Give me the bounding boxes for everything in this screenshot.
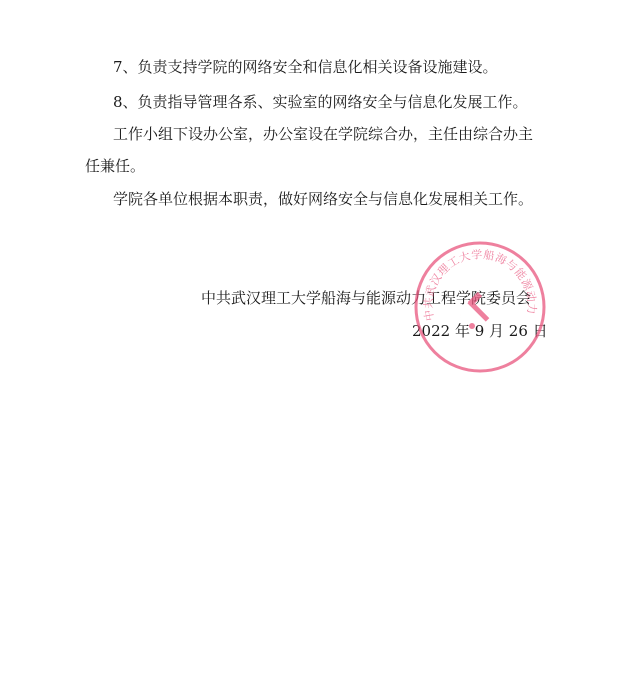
paragraph-item-7: 7、负责支持学院的网络安全和信息化相关设备设施建设。 — [113, 57, 498, 77]
paragraph-closing: 学院各单位根据本职责，做好网络安全与信息化发展相关工作。 — [113, 189, 533, 209]
paragraph-office-setup: 工作小组下设办公室，办公室设在学院综合办，主任由综合办主 — [113, 124, 533, 144]
seal-ring-text: 中共武汉理工大学船海与能源动力工程学院委员会 — [412, 240, 539, 322]
document-page: 7、负责支持学院的网络安全和信息化相关设备设施建设。 8、负责指导管理各系、实验… — [0, 0, 628, 679]
signature-date: 2022 年 9 月 26 日 — [412, 321, 548, 341]
svg-text:中共武汉理工大学船海与能源动力工程学院委员会: 中共武汉理工大学船海与能源动力工程学院委员会 — [412, 240, 539, 322]
paragraph-office-setup-continuation: 任兼任。 — [85, 156, 145, 176]
signature-organization: 中共武汉理工大学船海与能源动力工程学院委员会 — [201, 288, 531, 308]
paragraph-item-8: 8、负责指导管理各系、实验室的网络安全与信息化发展工作。 — [113, 92, 528, 112]
